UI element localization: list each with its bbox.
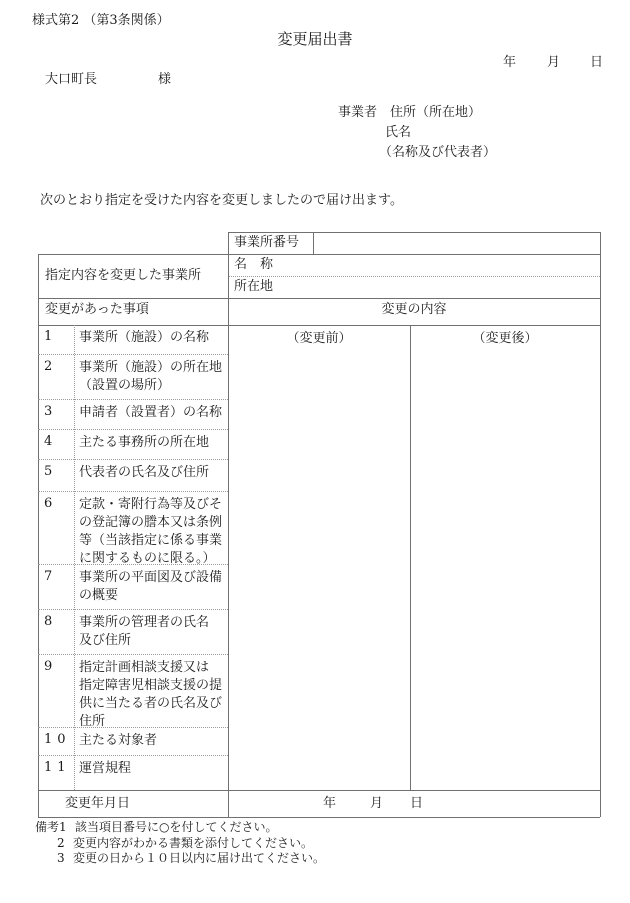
notes-prefix: 備考 <box>35 820 59 834</box>
table-row: 5代表者の氏名及び住所 <box>38 460 228 492</box>
item-label: 定款・寄附行為等及びそ の登記簿の謄本又は条例 等（当該指定に係る事業 に関する… <box>74 492 228 564</box>
item-number: 11 <box>38 756 74 790</box>
page-title: 変更届出書 <box>0 31 630 47</box>
item-number: 10 <box>38 728 74 755</box>
date-day-label: 日 <box>590 55 603 71</box>
item-number: 3 <box>38 400 74 429</box>
intro-sentence: 次のとおり指定を受けた内容を変更しましたので届け出ます。 <box>40 193 403 209</box>
table-row: 9指定計画相談支援又は 指定障害児相談支援の提 供に当たる者の氏名及び 住所 <box>38 655 228 728</box>
form-number: 様式第2 （第3条関係） <box>32 13 170 29</box>
change-date-day-label: 日 <box>410 796 423 812</box>
item-label: 事業所の平面図及び設備 の概要 <box>74 565 228 609</box>
changed-items-header: 変更があった事項 <box>45 302 149 318</box>
before-label: （変更前） <box>228 325 410 347</box>
note-line: 2変更内容がわかる書類を添付してください。 <box>35 836 325 852</box>
item-number: 9 <box>38 655 74 727</box>
table-line <box>228 232 600 233</box>
note-number: 1 <box>59 820 68 836</box>
after-content-area[interactable]: （変更後） <box>410 325 600 790</box>
note-number: 3 <box>57 851 66 867</box>
table-line <box>38 817 600 818</box>
item-number: 6 <box>38 492 74 564</box>
table-row: 4主たる事務所の所在地 <box>38 430 228 460</box>
table-line <box>38 298 600 299</box>
table-row: 1事業所（施設）の名称 <box>38 325 228 355</box>
applicant-name-label: 氏名 <box>338 123 496 143</box>
item-label: 主たる対象者 <box>74 728 228 755</box>
notes-block: 備考1該当項目番号に○を付してください。 2変更内容がわかる書類を添付してくださ… <box>35 820 325 867</box>
applicant-block: 事業者 住所（所在地） 氏名 （名称及び代表者） <box>338 103 496 163</box>
changed-items-list: 1事業所（施設）の名称 2事業所（施設）の所在地 （設置の場所） 3申請者（設置… <box>38 325 228 790</box>
table-row: 6定款・寄附行為等及びそ の登記簿の謄本又は条例 等（当該指定に係る事業 に関す… <box>38 492 228 565</box>
item-number: 4 <box>38 430 74 459</box>
office-name-label: 名 称 <box>234 257 273 273</box>
item-label: 事業所（施設）の名称 <box>74 325 228 354</box>
note-text: 該当項目番号に○を付してください。 <box>75 820 277 834</box>
item-number: 5 <box>38 460 74 491</box>
item-label: 申請者（設置者）の名称 <box>74 400 228 429</box>
office-number-label: 事業所番号 <box>234 235 299 251</box>
item-number: 7 <box>38 565 74 609</box>
table-row: 11運営規程 <box>38 756 228 790</box>
table-row: 2事業所（施設）の所在地 （設置の場所） <box>38 355 228 400</box>
item-label: 事業所の管理者の氏名 及び住所 <box>74 610 228 654</box>
office-name-input[interactable] <box>288 257 596 274</box>
item-label: 指定計画相談支援又は 指定障害児相談支援の提 供に当たる者の氏名及び 住所 <box>74 655 228 727</box>
note-line: 3変更の日から１０日以内に届け出てください。 <box>35 851 325 867</box>
change-date-area[interactable]: 年 月 日 <box>228 790 600 817</box>
office-address-input[interactable] <box>288 279 596 296</box>
item-label: 主たる事務所の所在地 <box>74 430 228 459</box>
item-number: 8 <box>38 610 74 654</box>
change-content-header: 変更の内容 <box>228 302 600 318</box>
table-row: 7事業所の平面図及び設備 の概要 <box>38 565 228 610</box>
table-row: 3申請者（設置者）の名称 <box>38 400 228 430</box>
note-line: 備考1該当項目番号に○を付してください。 <box>35 820 325 836</box>
table-line <box>600 232 601 817</box>
changed-office-label: 指定内容を変更した事業所 <box>45 254 227 298</box>
table-dotted-line <box>228 276 600 277</box>
office-number-input[interactable] <box>318 235 596 253</box>
table-row: 8事業所の管理者の氏名 及び住所 <box>38 610 228 655</box>
applicant-representative-label: （名称及び代表者） <box>338 143 496 163</box>
table-row: 10主たる対象者 <box>38 728 228 756</box>
before-content-area[interactable]: （変更前） <box>228 325 410 790</box>
item-number: 1 <box>38 325 74 354</box>
note-text: 変更の日から１０日以内に届け出てください。 <box>73 851 325 865</box>
note-text: 変更内容がわかる書類を添付してください。 <box>73 836 313 850</box>
applicant-address-label: 事業者 住所（所在地） <box>338 103 496 123</box>
office-address-label: 所在地 <box>234 279 273 295</box>
item-label: 代表者の氏名及び住所 <box>74 460 228 491</box>
table-line <box>313 232 314 254</box>
note-number: 2 <box>57 836 66 852</box>
addressee: 大口町長 <box>45 72 97 88</box>
change-date-label: 変更年月日 <box>65 790 228 817</box>
after-label: （変更後） <box>410 325 600 347</box>
change-date-month-label: 月 <box>370 796 383 812</box>
change-date-year-label: 年 <box>323 796 336 812</box>
item-number: 2 <box>38 355 74 399</box>
form-page: 様式第2 （第3条関係） 変更届出書 年 月 日 大口町長 様 事業者 住所（所… <box>0 0 630 903</box>
addressee-honorific: 様 <box>158 72 171 88</box>
date-year-label: 年 <box>503 55 516 71</box>
change-table: 事業所番号 指定内容を変更した事業所 名 称 所在地 変更があった事項 変更の内… <box>38 232 600 817</box>
date-month-label: 月 <box>547 55 560 71</box>
item-label: 事業所（施設）の所在地 （設置の場所） <box>74 355 228 399</box>
item-label: 運営規程 <box>74 756 228 790</box>
